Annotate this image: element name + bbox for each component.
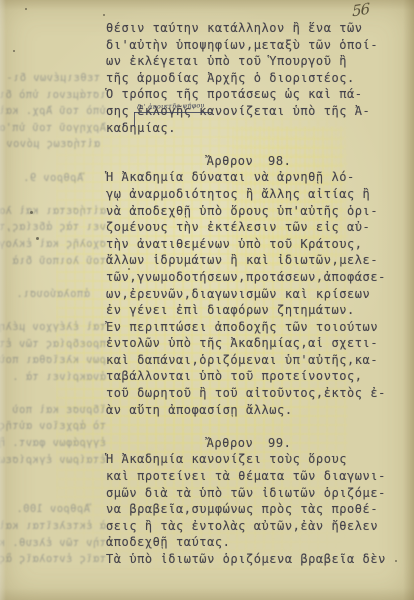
typed-line: Τὰ ὑπὸ ἰδιωτῶν ὁριζόμενα βραβεῖα δὲν xyxy=(106,551,392,568)
typed-line: ἄλλων ἱδρυμάτων ἢ καὶ ἰδιωτῶν,μελε- xyxy=(106,252,392,269)
typed-line: Ἡ Ἀκαδημία δύναται νὰ ἀρνηθῇ λό- xyxy=(106,169,392,186)
typed-line: ταβάλλονται ὑπὸ τοῦ προτείνοντος, xyxy=(106,368,392,385)
bleedthrough-line xyxy=(0,153,106,170)
ink-speck xyxy=(395,560,397,562)
typed-line: δι'αὐτὴν ὑποψηφίων,μεταξὺ τῶν ὁποί- xyxy=(106,37,392,54)
bleedthrough-line xyxy=(0,269,106,286)
bleedthrough-line: τὸ ἀρχεῖον αὐτῆς xyxy=(0,418,106,435)
bleedthrough-line: ταὶ ἐλέγχον μέλη τοῦ xyxy=(0,319,106,336)
typed-line: ων,ἐρευνῶν,διαγωνισμῶν καὶ κρίσεων xyxy=(106,286,392,303)
typed-line: ων ἐκλέγεται ὑπὸ τοῦ Ὑπουργοῦ ἢ xyxy=(106,53,392,70)
typed-line: ὰν αὕτη ἀποφασίσῃ ἄλλως. xyxy=(106,402,392,419)
typed-line: τοῦ δωρητοῦ ἢ τοῦ αἰτοῦντος,ἐκτὸς ἐ- xyxy=(106,385,392,402)
typed-line: καὶ δαπάναι,ὁριζόμεναι ὑπ'αὐτῆς,κα- xyxy=(106,352,392,369)
annotation-tick-mark xyxy=(134,112,135,127)
bleedthrough-line xyxy=(0,485,106,502)
bleedthrough-line: ιστάμενοι ὑπὸ δι- xyxy=(0,87,106,104)
typed-line: να βραβεῖα,συμφώνως πρὸς τὰς προθέ- xyxy=(106,501,392,518)
ink-speck xyxy=(36,237,39,240)
bleedthrough-line: αἰτήσεως μόνον xyxy=(0,136,106,153)
annotation-underline xyxy=(134,112,212,113)
typed-line: τῶν,γνωμοδοτήσεων,προτάσεων,ἀποφάσε- xyxy=(106,269,392,286)
page-number-handwritten: 56 xyxy=(352,0,382,20)
bleedthrough-line: ἀνακρίνει τὰ . xyxy=(0,369,106,386)
ink-speck xyxy=(128,268,130,270)
typed-line: Ἡ Ἀκαδημία κανονίζει τοὺς ὅρους xyxy=(106,451,392,468)
bleedthrough-line: προεδρίας τῶν ἑταί- xyxy=(0,336,106,353)
bleedthrough-line xyxy=(0,468,106,485)
ink-speck xyxy=(30,211,33,214)
bleedthrough-line: ἴδρυσε καὶ ποὺ xyxy=(0,402,106,419)
bleedthrough-line: τὴν τῶν ἐλευθ. καὶ τῆς xyxy=(0,535,106,552)
bleedthrough-line: Ἄρθρον 100. xyxy=(0,501,106,518)
bleedthrough-line: ἀπολαύουσι. xyxy=(0,286,106,303)
bleedthrough-line xyxy=(0,186,106,203)
article-heading: Ἄρθρον 98. xyxy=(106,153,392,170)
typed-line: γῳ ἀναρμοδιότητος ἢ ἄλλης αἰτίας ἢ xyxy=(106,186,392,203)
typed-line: σεις ἢ τὰς ἐντολὰς αὐτῶν,ἐὰν ἤθελεν xyxy=(106,518,392,535)
bleedthrough-line: νει τὰς ἀδείας,τῶν xyxy=(0,219,106,236)
typed-line: θέσιν ταύτην κατάλληλον ἢ ἕνα τῶν xyxy=(106,20,392,37)
typed-line: Ὁ τρόπος τῆς προτάσεως ὡς καὶ πά- xyxy=(106,86,392,103)
typed-line: ζομένους τὴν ἐκτέλεσιν τῶν εἰς αὐ- xyxy=(106,219,392,236)
typed-line: νὰ ἀποδεχθῇ ὑπὸ ὅρους ὑπ'αὐτῆς ὁρι- xyxy=(106,203,392,220)
typed-line: καὶ προτείνει τὰ θέματα τῶν διαγωνι- xyxy=(106,468,392,485)
typed-line xyxy=(106,136,392,153)
bleedthrough-line: ὑπὸ τοῦ Ἀρχ. καὶ xyxy=(0,103,106,120)
scanned-document-page: τεθειμένων δι-ιστάμενοι ὑπὸ δι-ὑπὸ τοῦ Ἀ… xyxy=(0,0,414,600)
typed-line: τῆς ἁρμοδίας Ἀρχῆς ὁ διοριστέος. xyxy=(106,70,392,87)
bleedthrough-line: Ἄρθρον 9. xyxy=(0,170,106,187)
bleedthrough-line: ἐγγράφων φαντ. ἢ π. xyxy=(0,435,106,452)
bleedthrough-line: ταῖς ἐντολαῖς ἃς αὐτ. xyxy=(0,551,106,568)
typed-line: ἐντολῶν ὑπὸ τῆς Ἀκαδημίας,αἱ σχετι- xyxy=(106,335,392,352)
typed-line: σμῶν διὰ τὰ ὑπὸ τῶν ἰδιωτῶν ὁριζόμε- xyxy=(106,485,392,502)
bleedthrough-line xyxy=(0,302,106,319)
typed-line: Ἐν περιπτώσει ἀποδοχῆς τῶν τοιούτων xyxy=(106,319,392,336)
bleedthrough-line: ἑταίρων ἐγκρίσεως. xyxy=(0,452,106,469)
ink-speck xyxy=(25,8,27,10)
bleedthrough-line: σχολῆς καὶ ἐκλογὴν xyxy=(0,236,106,253)
bleedthrough-line: τεθειμένων δι- xyxy=(0,70,106,87)
bleedthrough-line: ὰ ἐκτελεῖται καὶ τὰ xyxy=(0,518,106,535)
typed-line: ἀποδεχθῇ ταύτας. xyxy=(106,534,392,551)
bleedthrough-line xyxy=(0,385,106,402)
bleedthrough-text: τεθειμένων δι-ιστάμενοι ὑπὸ δι-ὑπὸ τοῦ Ἀ… xyxy=(0,70,106,568)
typed-line: καδημίας. xyxy=(106,120,392,137)
typed-line: ἐν γένει ἐπὶ διαφόρων ζητημάτων. xyxy=(106,302,392,319)
typed-line: τὴν ἀνατιθεμένων ὑπὸ τοῦ Κράτους, xyxy=(106,236,392,253)
bleedthrough-line: αἰτήσεται καὶ λαμβά- xyxy=(0,203,106,220)
bleedthrough-line: ρων κλεῖσθαι ποὺ xyxy=(0,352,106,369)
typed-line xyxy=(106,418,392,435)
bleedthrough-line: τοῦ λοιποῦ διὰ xyxy=(0,253,106,270)
ink-speck xyxy=(103,14,105,16)
ink-speck xyxy=(13,50,15,52)
bleedthrough-line: Ἀρχηγοῦ τοῦ ὑπ'αὐτ. xyxy=(0,120,106,137)
article-heading: Ἄρθρον 99. xyxy=(106,435,392,452)
